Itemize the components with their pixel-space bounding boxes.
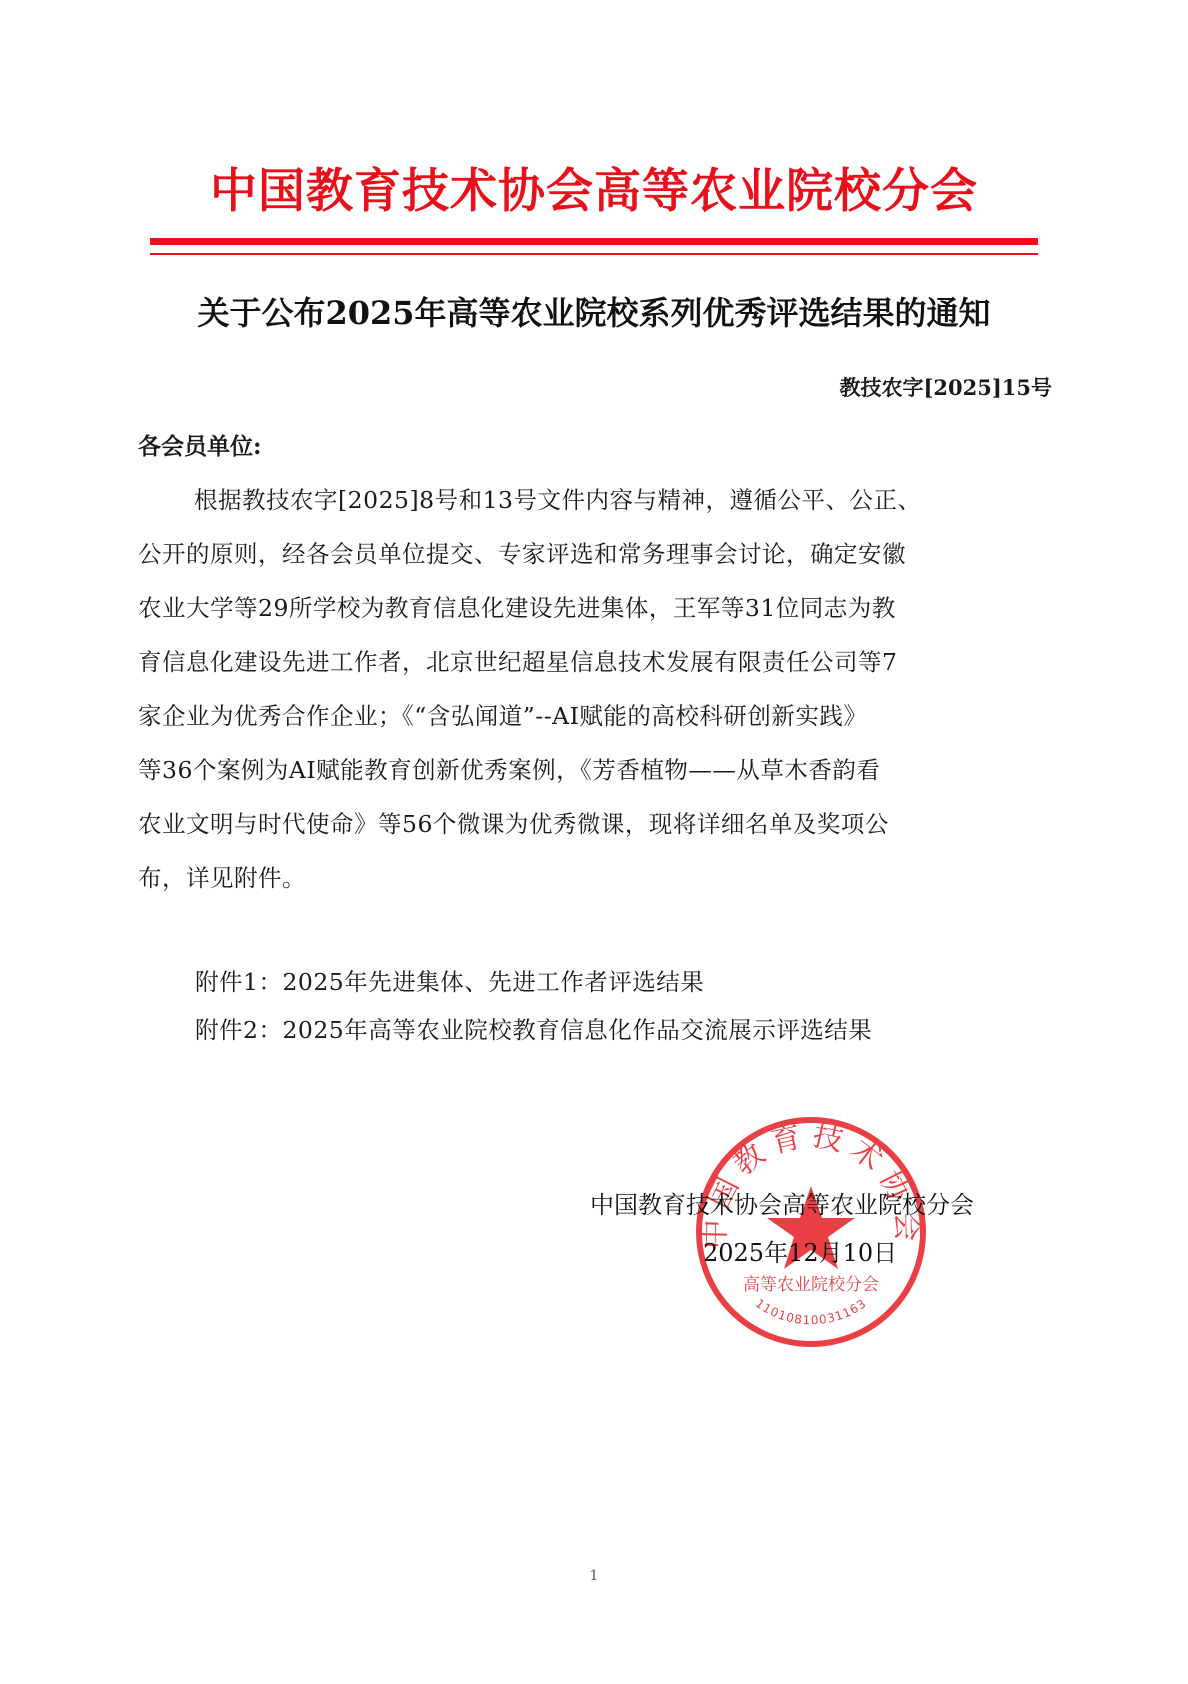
- body-line: 农业文明与时代使命》等56个微课为优秀微课，现将详细名单及奖项公: [138, 807, 1058, 861]
- letterhead-rule-thin: [150, 253, 1038, 255]
- body-line: 农业大学等29所学校为教育信息化建设先进集体，王军等31位同志为教: [138, 591, 1058, 645]
- svg-text:11010810031163: 11010810031163: [753, 1296, 869, 1327]
- seal-serial: 11010810031163: [753, 1296, 869, 1327]
- signature-date: 2025年12月10日: [703, 1236, 897, 1270]
- page-number: 1: [584, 1568, 604, 1584]
- attachment-list: 附件1：2025年先进集体、先进工作者评选结果 附件2：2025年高等农业院校教…: [195, 965, 872, 1061]
- body-line: 公开的原则，经各会员单位提交、专家评选和常务理事会讨论，确定安徽: [138, 537, 1058, 591]
- attachment-item-1: 附件1：2025年先进集体、先进工作者评选结果: [195, 965, 872, 1013]
- body-line: 布，详见附件。: [138, 861, 1058, 915]
- organization-letterhead: 中国教育技术协会高等农业院校分会: [150, 162, 1038, 222]
- seal-inner-text: 高等农业院校分会: [743, 1275, 879, 1295]
- letterhead-rule-thick: [150, 238, 1038, 245]
- official-seal-icon: 中国教育技术协会 高等农业院校分会 11010810031163: [693, 1114, 929, 1350]
- body-line: 等36个案例为AI赋能教育创新优秀案例，《芳香植物——从草木香韵看: [138, 753, 1058, 807]
- notice-title: 关于公布2025年高等农业院校系列优秀评选结果的通知: [150, 291, 1038, 335]
- document-number: 教技农字[2025]15号: [700, 373, 1052, 403]
- salutation: 各会员单位:: [138, 430, 262, 464]
- notice-body: 根据教技农字[2025]8号和13号文件内容与精神，遵循公平、公正、 公开的原则…: [138, 483, 1058, 915]
- body-line: 家企业为优秀合作企业；《“含弘闻道”--AI赋能的高校科研创新实践》: [138, 699, 1058, 753]
- attachment-item-2: 附件2：2025年高等农业院校教育信息化作品交流展示评选结果: [195, 1013, 872, 1061]
- signature-organization: 中国教育技术协会高等农业院校分会: [590, 1188, 974, 1222]
- body-line: 育信息化建设先进工作者，北京世纪超星信息技术发展有限责任公司等7: [138, 645, 1058, 699]
- body-line: 根据教技农字[2025]8号和13号文件内容与精神，遵循公平、公正、: [138, 483, 1058, 537]
